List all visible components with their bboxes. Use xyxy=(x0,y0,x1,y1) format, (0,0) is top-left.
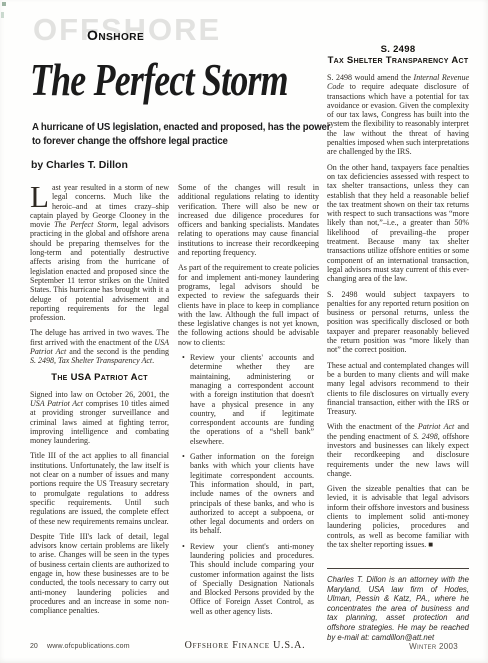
subtitle-line-1: A hurricane of US legislation, enacted a… xyxy=(32,121,330,135)
italic-text: USA Patriot Act xyxy=(30,338,169,356)
onshore-kicker: Onshore xyxy=(87,27,144,43)
scan-artifact xyxy=(2,2,6,6)
drop-cap: L xyxy=(30,183,52,209)
footer-website: www.ofcpublications.com xyxy=(47,643,130,650)
bullet-icon: • xyxy=(182,452,185,461)
article-column-3: S. 2498Tax Shelter Transparency ActS. 24… xyxy=(327,40,469,555)
bullet-text: Review your client's anti-money launderi… xyxy=(190,542,314,616)
paragraph: Some of the changes will result in addit… xyxy=(178,183,319,257)
italic-text: The Perfect Storm xyxy=(54,220,116,229)
paragraph: S. 2498 would subject taxpayers to penal… xyxy=(327,290,469,355)
section-heading-line: S. 2498 xyxy=(327,44,469,55)
italic-text: S. 2498, Tax Shelter Transparency Act xyxy=(30,356,152,365)
section-heading-line: The USA Patriot Act xyxy=(30,372,169,383)
bullet-item: •Review your clients' accounts and deter… xyxy=(182,353,314,446)
italic-text: S. 2498 xyxy=(413,432,438,441)
paragraph: As part of the requirement to create pol… xyxy=(178,263,319,347)
bullet-text: Gather information on the foreign banks … xyxy=(190,452,314,535)
author-bio: Charles T. Dillon is an attorney with th… xyxy=(327,575,469,642)
italic-text: USA Patriot Act xyxy=(30,399,83,408)
paragraph: S. 2498 would amend the Internal Revenue… xyxy=(327,73,469,157)
footer-publication-name: Offshore Finance U.S.A. xyxy=(160,640,330,651)
paragraph: Given the sizeable penalties that can be… xyxy=(327,484,469,549)
footer-issue-date: Winter 2003 xyxy=(409,642,458,651)
article-subtitle: A hurricane of US legislation, enacted a… xyxy=(32,121,330,148)
footer-page-number: 20 xyxy=(30,643,38,650)
section-heading: S. 2498Tax Shelter Transparency Act xyxy=(327,44,469,66)
bullet-text: Review your clients' accounts and determ… xyxy=(190,353,314,446)
bullet-item: •Gather information on the foreign banks… xyxy=(182,452,314,536)
paragraph: Signed into law on October 26, 2001, the… xyxy=(30,390,169,446)
article-column-2: Some of the changes will result in addit… xyxy=(178,183,319,622)
section-heading: The USA Patriot Act xyxy=(30,372,169,383)
bullet-item: •Review your client's anti-money launder… xyxy=(182,542,314,616)
byline: by Charles T. Dillon xyxy=(31,159,128,171)
article-title: The Perfect Storm xyxy=(30,56,288,104)
section-heading-line: Tax Shelter Transparency Act xyxy=(327,55,469,66)
bullet-icon: • xyxy=(182,353,185,362)
subtitle-line-2: to forever change the offshore legal pra… xyxy=(32,135,330,149)
bullet-icon: • xyxy=(182,542,185,551)
magazine-page: OFFSHORE Onshore The Perfect Storm A hur… xyxy=(0,0,488,663)
italic-text: Internal Revenue Code xyxy=(327,73,469,91)
scan-artifact xyxy=(1,12,4,18)
paragraph: These actual and contemplated changes wi… xyxy=(327,361,469,417)
paragraph: The deluge has arrived in two waves. The… xyxy=(30,328,169,365)
paragraph: Despite Title III's lack of detail, lega… xyxy=(30,532,169,616)
bio-divider-rule xyxy=(327,568,469,569)
italic-text: Patriot Act xyxy=(418,422,454,431)
paragraph: With the enactment of the Patriot Act an… xyxy=(327,422,469,478)
paragraph: Title III of the act applies to all fina… xyxy=(30,451,169,525)
paragraph: On the other hand, taxpayers face penalt… xyxy=(327,163,469,284)
article-column-1: Last year resulted in a storm of new leg… xyxy=(30,183,169,621)
paragraph: Last year resulted in a storm of new leg… xyxy=(30,183,169,322)
